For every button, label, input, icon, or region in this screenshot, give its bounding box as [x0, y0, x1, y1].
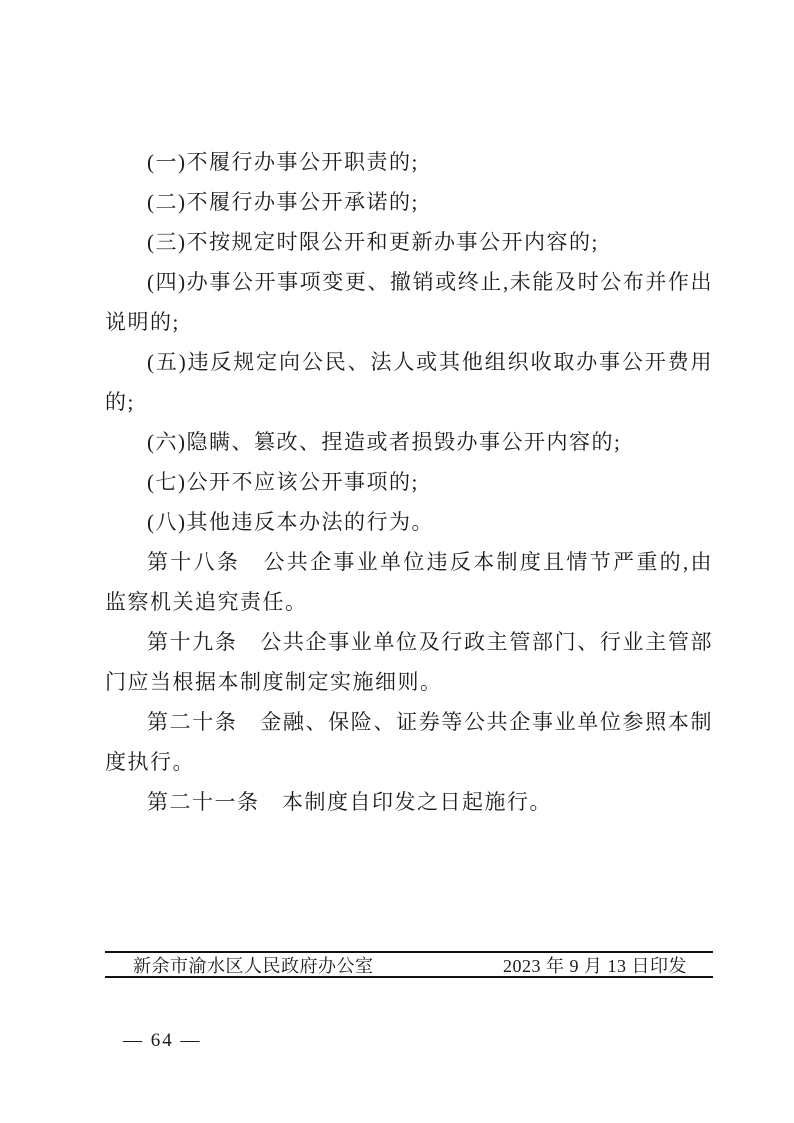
- article-18: 第十八条 公共企事业单位违反本制度且情节严重的,由监察机关追究责任。: [105, 542, 713, 622]
- document-page: (一)不履行办事公开职责的; (二)不履行办事公开承诺的; (三)不按规定时限公…: [0, 0, 794, 1123]
- article-20: 第二十条 金融、保险、证券等公共企事业单位参照本制度执行。: [105, 702, 713, 782]
- page-number: — 64 —: [123, 1030, 202, 1052]
- footer-issuer: 新余市渝水区人民政府办公室: [133, 952, 374, 978]
- list-item-2: (二)不履行办事公开承诺的;: [105, 182, 713, 222]
- document-body: (一)不履行办事公开职责的; (二)不履行办事公开承诺的; (三)不按规定时限公…: [105, 142, 713, 822]
- list-item-4: (四)办事公开事项变更、撤销或终止,未能及时公布并作出说明的;: [105, 262, 713, 342]
- list-item-3: (三)不按规定时限公开和更新办事公开内容的;: [105, 222, 713, 262]
- list-item-6: (六)隐瞒、篡改、捏造或者损毁办事公开内容的;: [105, 422, 713, 462]
- article-19: 第十九条 公共企事业单位及行政主管部门、行业主管部门应当根据本制度制定实施细则。: [105, 622, 713, 702]
- list-item-5: (五)违反规定向公民、法人或其他组织收取办事公开费用的;: [105, 342, 713, 422]
- footer: 新余市渝水区人民政府办公室 2023 年 9 月 13 日印发: [105, 951, 713, 978]
- list-item-8: (八)其他违反本办法的行为。: [105, 502, 713, 542]
- list-item-1: (一)不履行办事公开职责的;: [105, 142, 713, 182]
- article-21: 第二十一条 本制度自印发之日起施行。: [105, 782, 713, 822]
- footer-print-date: 2023 年 9 月 13 日印发: [503, 952, 687, 978]
- list-item-7: (七)公开不应该公开事项的;: [105, 462, 713, 502]
